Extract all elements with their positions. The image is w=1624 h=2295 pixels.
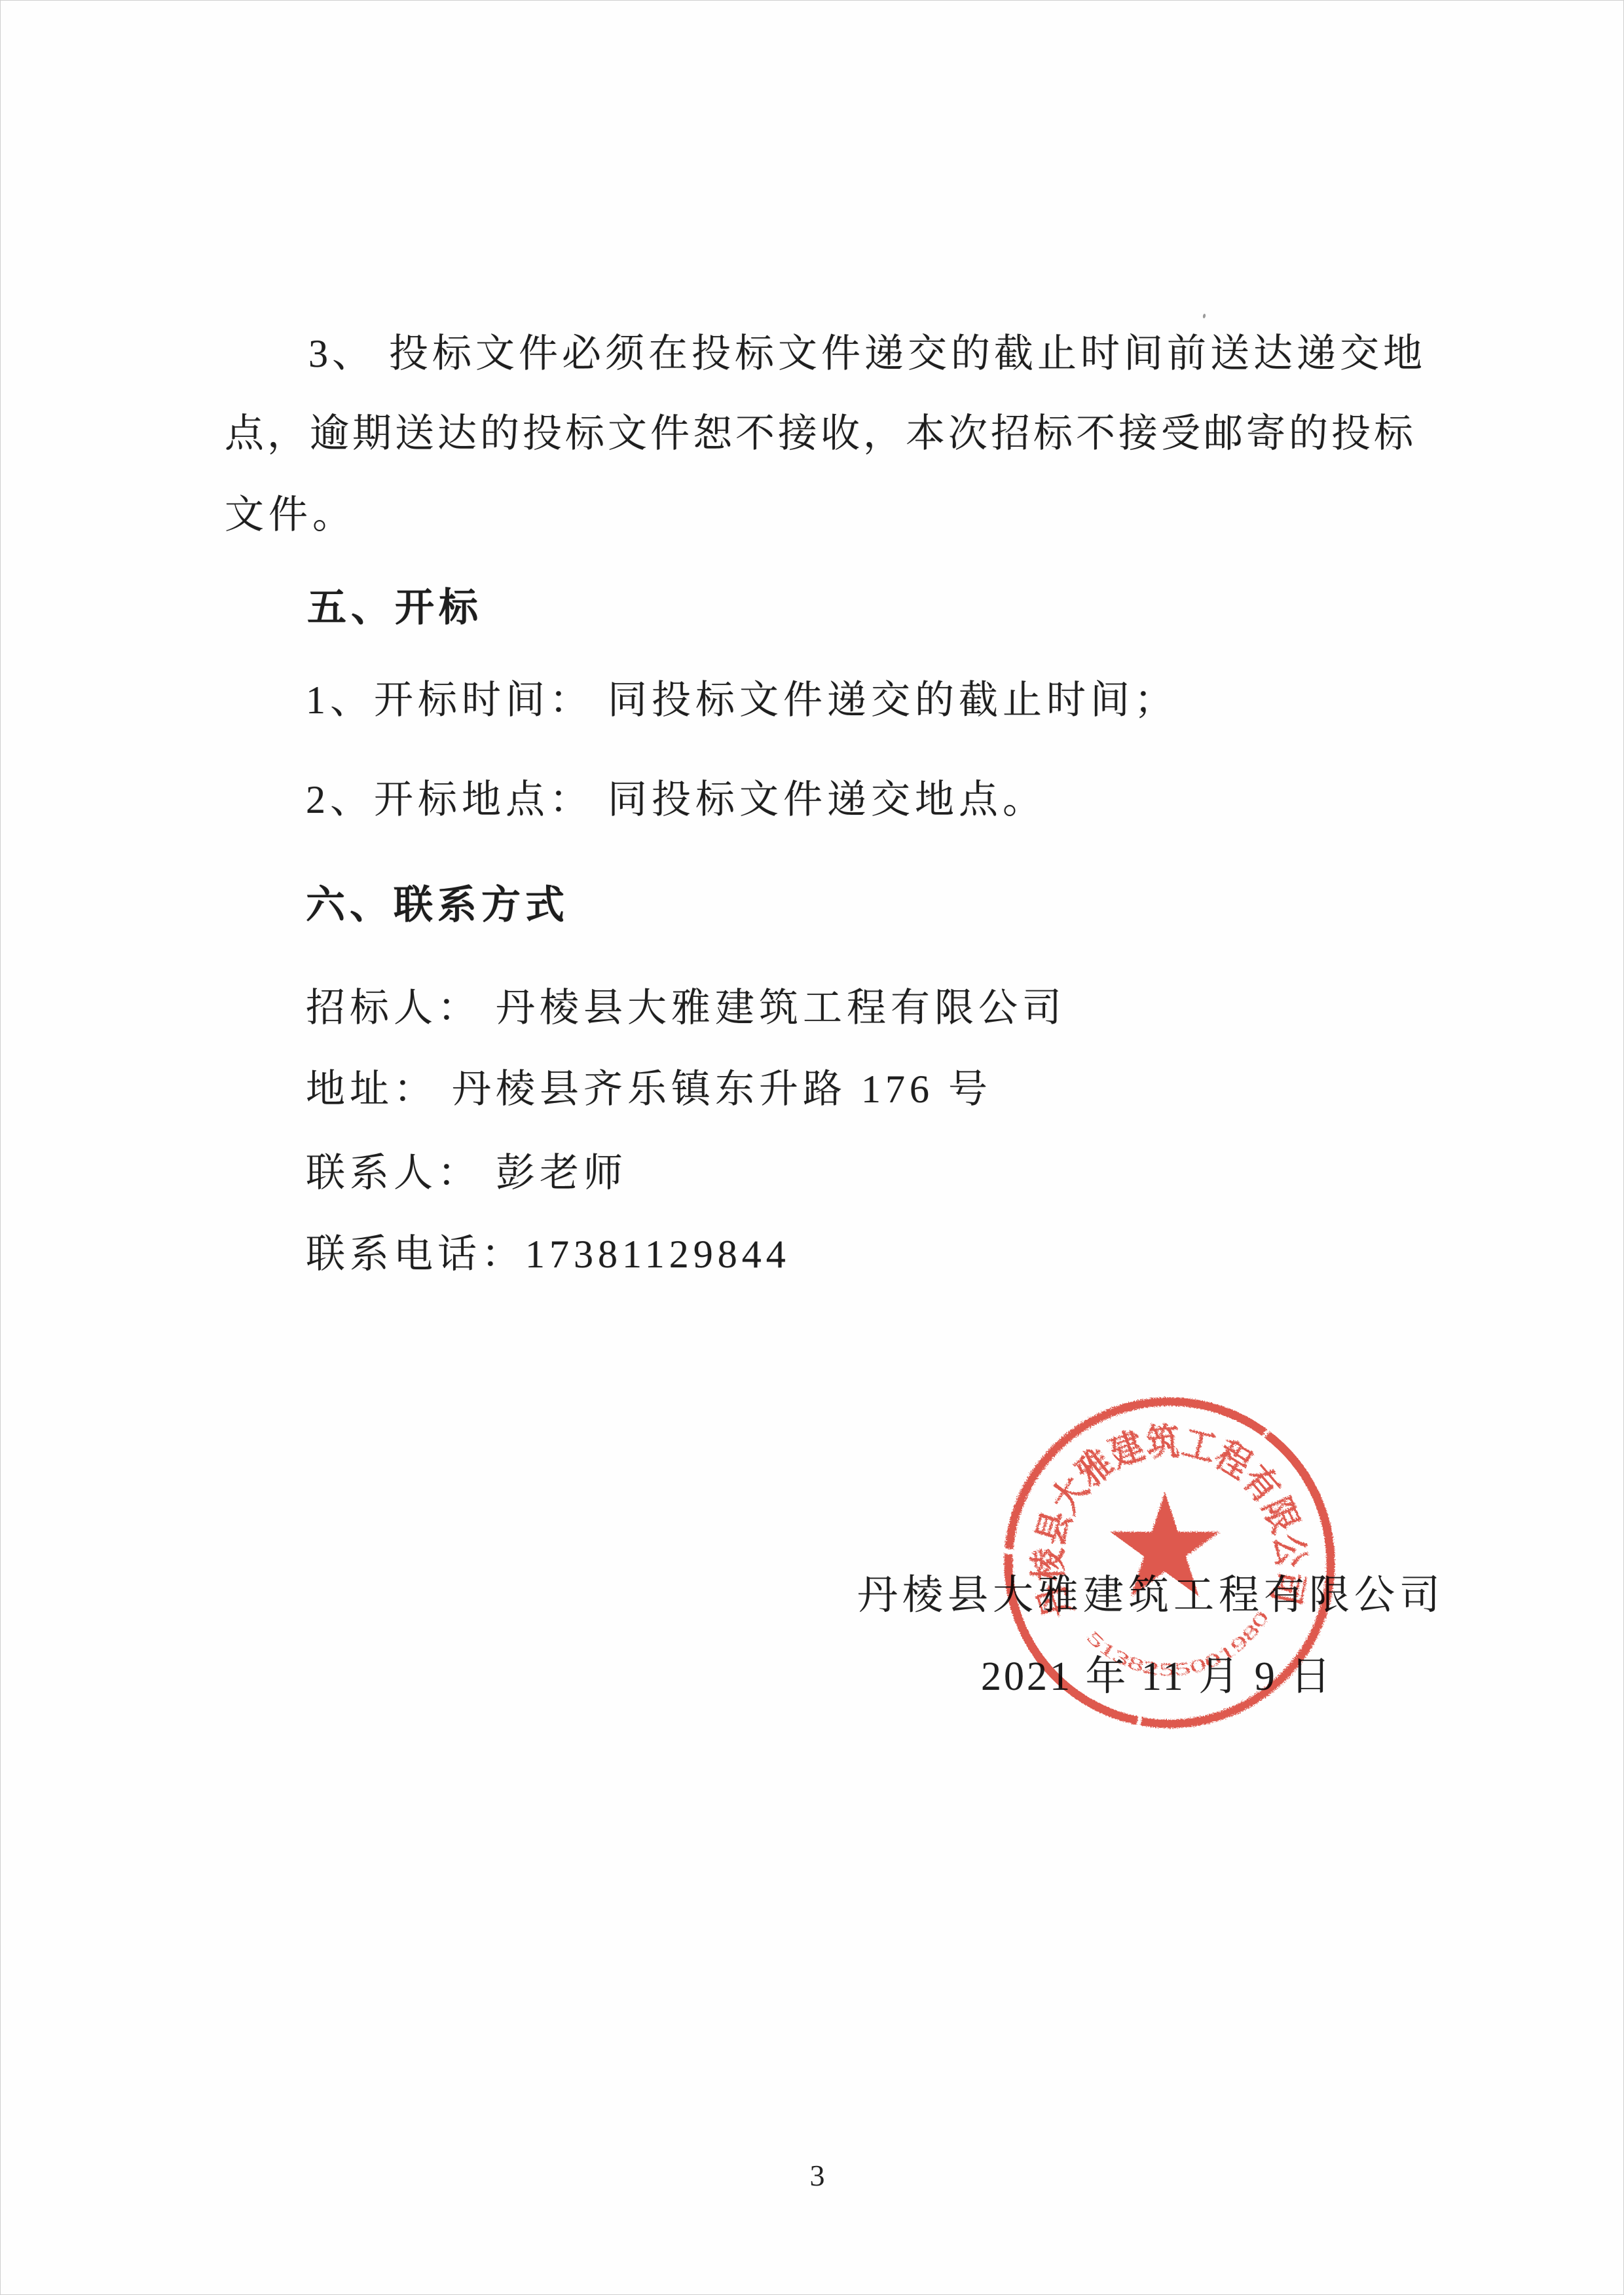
document-page: 3、 投标文件必须在投标文件递交的截止时间前送达递交地 点，逾期送达的投标文件恕…	[0, 0, 1624, 2295]
tenderer-line: 招标人： 丹棱县大雅建筑工程有限公司	[306, 986, 1066, 1031]
seal-code-text: 5138255001980	[1083, 1607, 1273, 1679]
section6-heading: 六、联系方式	[306, 883, 569, 928]
phone-line: 联系电话：17381129844	[306, 1232, 790, 1277]
company-seal: 丹棱县大雅建筑工程有限公司 5138255001980	[970, 1363, 1376, 1769]
address-line: 地址： 丹棱县齐乐镇东升路 176 号	[306, 1067, 992, 1112]
paragraph3-line1: 3、 投标文件必须在投标文件递交的截止时间前送达递交地	[308, 331, 1426, 377]
section5-item1: 1、开标时间： 同投标文件递交的截止时间；	[306, 678, 1178, 723]
seal-code-holder: 5138255001980	[1083, 1607, 1273, 1679]
scan-speck	[1202, 314, 1206, 319]
section5-item2: 2、开标地点： 同投标文件递交地点。	[306, 777, 1046, 823]
paragraph3-line2: 点，逾期送达的投标文件恕不接收，本次招标不接受邮寄的投标	[225, 411, 1416, 457]
paragraph3-line3: 文件。	[225, 493, 356, 538]
section5-heading: 五、开标	[307, 586, 483, 631]
page-number: 3	[752, 2158, 883, 2193]
star-icon	[1110, 1492, 1219, 1596]
contact-person-line: 联系人： 彭老师	[306, 1151, 627, 1196]
